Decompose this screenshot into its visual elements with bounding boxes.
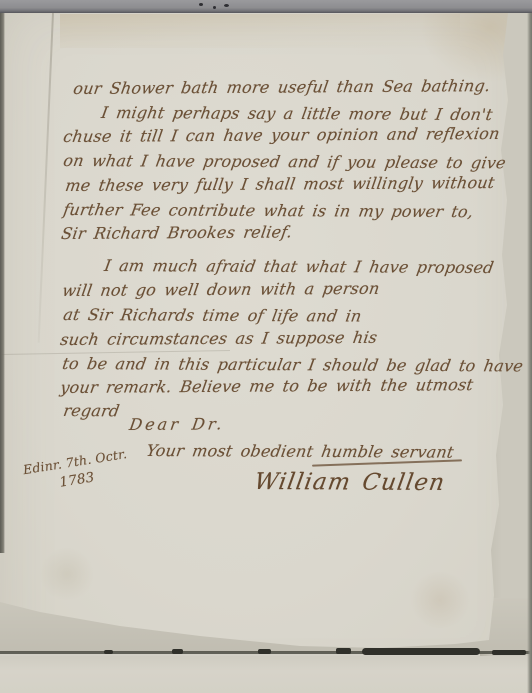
ink-speck	[172, 649, 183, 654]
backdrop-right-edge	[527, 13, 532, 693]
dust-speck	[199, 3, 203, 6]
letter-line: me these very fully I shall most willing…	[64, 174, 496, 195]
backdrop-top-bar	[0, 0, 532, 13]
dust-speck	[224, 4, 229, 7]
valediction: Your most obedient humble servant	[145, 442, 455, 462]
dust-speck	[213, 6, 216, 9]
stain-blot-left	[38, 548, 96, 600]
letter-line: your remark. Believe me to be with the u…	[59, 376, 475, 397]
salutation-close: Dear Dr.	[128, 415, 226, 434]
letter-line: regard	[62, 402, 121, 420]
ink-speck	[336, 648, 351, 654]
ink-speck	[258, 649, 271, 654]
manuscript-photo: our Shower bath more useful than Sea bat…	[0, 0, 532, 693]
letter-line: I am much afraid that what I have propos…	[103, 257, 495, 277]
letter-line: I might perhaps say a little more but I …	[100, 104, 494, 124]
stain-blot-right	[408, 572, 472, 628]
ink-speck	[492, 650, 526, 655]
letter-line: at Sir Richards time of life and in	[62, 306, 363, 326]
letter-line: further Fee contribute what is in my pow…	[62, 201, 475, 221]
letter-line: Sir Richard Brookes relief.	[60, 223, 294, 243]
vertical-crease	[38, 13, 54, 343]
letter-line: on what I have proposed and if you pleas…	[62, 152, 507, 172]
letter-line: will not go well down with a person	[61, 280, 381, 300]
ink-speck	[104, 650, 113, 654]
backdrop-left-edge	[0, 13, 5, 553]
letter-line: to be and in this particular I should be…	[61, 355, 524, 375]
letter-line: such circumstances as I suppose his	[59, 329, 379, 349]
ink-smudge	[362, 648, 480, 655]
letter-line: chuse it till I can have your opinion an…	[62, 125, 501, 146]
bottom-page-strip	[0, 656, 532, 693]
signature: William Cullen	[253, 473, 447, 492]
stain-top-streak	[60, 14, 460, 48]
letter-line: our Shower bath more useful than Sea bat…	[72, 77, 492, 98]
